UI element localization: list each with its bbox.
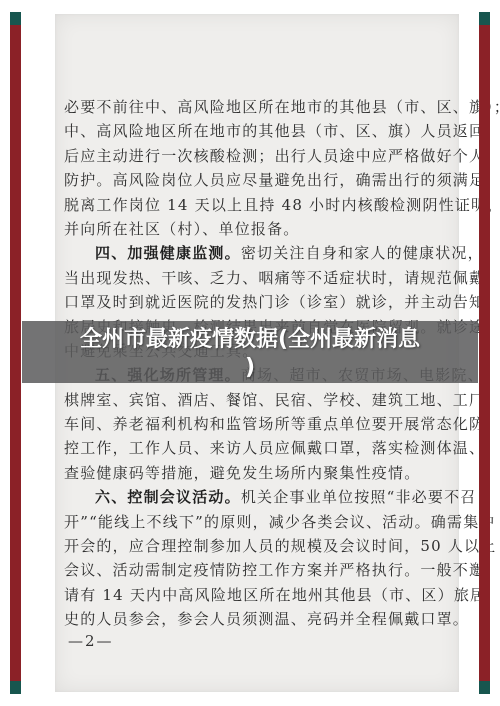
banner-title-line-1: 全州市最新疫情数据(全州最新消息 — [22, 325, 478, 355]
text-line: 会议、活动需制定疫情防控工作方案并严格执行。一般不邀 — [64, 558, 452, 582]
title-banner: 全州市最新疫情数据(全州最新消息 ) — [22, 321, 478, 383]
banner-title-line-2: ) — [22, 355, 478, 381]
left-border-bar — [10, 12, 21, 694]
text-line: 开会的，应合理控制参加人员的规模及会议时间，50 人以上 — [64, 534, 452, 558]
text-line: 中、高风险地区所在地市的其他县（市、区、旗）人员返回 — [64, 119, 452, 143]
text-line: 四、加强健康监测。密切关注自身和家人的健康状况， — [64, 241, 452, 265]
text-line: 必要不前往中、高风险地区所在地市的其他县（市、区、旗）； — [64, 95, 452, 119]
text-line: 口罩及时到就近医院的发热门诊（诊室）就诊，并主动告知 — [64, 290, 452, 314]
text-line: 控工作，工作人员、来访人员应佩戴口罩，落实检测体温、 — [64, 436, 452, 460]
text-line: 防护。高风险岗位人员应尽量避免出行，确需出行的须满足 — [64, 168, 452, 192]
text-line: 请有 14 天内中高风险地区所在地州其他县（市、区）旅居 — [64, 583, 452, 607]
text-line: 并向所在社区（村）、单位报备。 — [64, 217, 452, 241]
text-line: 六、控制会议活动。机关企事业单位按照“非必要不召 — [64, 485, 452, 509]
text-line: 脱离工作岗位 14 天以上且持 48 小时内核酸检测阴性证明， — [64, 193, 452, 217]
right-border-bar — [479, 12, 490, 694]
text-line: 查验健康码等措施，避免发生场所内聚集性疫情。 — [64, 461, 452, 485]
text-line: 开”“能线上不线下”的原则，减少各类会议、活动。确需集中 — [64, 510, 452, 534]
article-image: { "colors": { "canvas_bg": "#ffffff", "s… — [0, 0, 500, 706]
text-line: 后应主动进行一次核酸检测；出行人员途中应严格做好个人 — [64, 144, 452, 168]
text-line: 史的人员参会，参会人员须测温、亮码并全程佩戴口罩。 — [64, 607, 452, 631]
right-top-corner-cap — [479, 12, 490, 25]
left-top-corner-cap — [10, 12, 21, 25]
text-line: 当出现发热、干咳、乏力、咽痛等不适症状时，请规范佩戴 — [64, 266, 452, 290]
text-line: 棋牌室、宾馆、酒店、餐馆、民宿、学校、建筑工地、工厂 — [64, 388, 452, 412]
right-bottom-corner-cap — [479, 681, 490, 694]
text-line: 车间、养老福利机构和监管场所等重点单位要开展常态化防 — [64, 412, 452, 436]
page-number: —2— — [68, 632, 114, 650]
left-bottom-corner-cap — [10, 681, 21, 694]
